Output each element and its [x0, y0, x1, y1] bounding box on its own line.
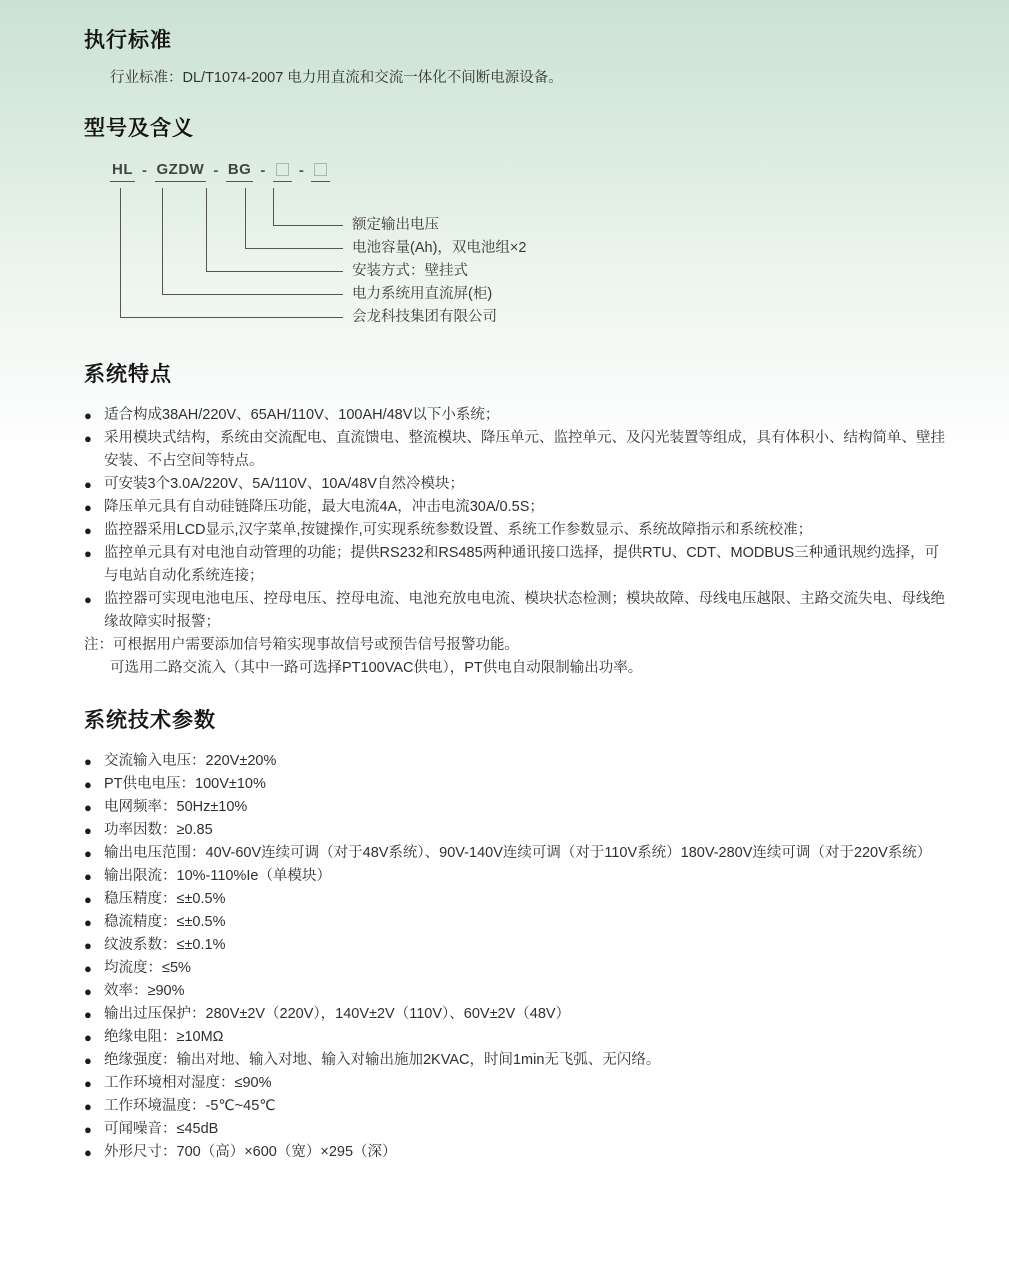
model-label-mount: 安装方式：壁挂式 — [352, 263, 468, 280]
bullet-icon: ● — [84, 819, 92, 842]
param-item: ●输出过压保护：280V±2V（220V），140V±2V（110V）、60V±… — [84, 1003, 951, 1026]
feature-text: 可安装3个3.0A/220V、5A/110V、10A/48V自然冷模块； — [104, 476, 464, 492]
feature-text: 降压单元具有自动硅链降压功能，最大电流4A，冲击电流30A/0.5S； — [104, 499, 544, 515]
bullet-icon: ● — [84, 842, 92, 865]
param-text: 输出电压范围：40V-60V连续可调（对于48V系统）、90V-140V连续可调… — [104, 845, 931, 861]
spec-page: 执行标准 行业标准：DL/T1074-2007 电力用直流和交流一体化不间断电源… — [0, 0, 1009, 1204]
model-label-capacity: 电池容量(Ah)，双电池组×2 — [352, 240, 526, 257]
bullet-icon: ● — [84, 1095, 92, 1118]
feature-text: 监控器采用LCD显示,汉字菜单,按键操作,可实现系统参数设置、系统工作参数显示、… — [104, 522, 812, 538]
feature-item: ●监控单元具有对电池自动管理的功能；提供RS232和RS485两种通讯接口选择，… — [84, 542, 951, 588]
param-text: 稳压精度：≤±0.5% — [104, 891, 225, 907]
code-placeholder-voltage — [311, 163, 330, 182]
param-text: 绝缘强度：输出对地、输入对地、输入对输出施加2KVAC，时间1min无飞弧、无闪… — [104, 1052, 660, 1068]
param-text: PT供电电压：100V±10% — [104, 776, 266, 792]
param-item: ●纹波系数：≤±0.1% — [84, 934, 951, 957]
feature-note: 可选用二路交流入（其中一路可选择PT100VAC供电），PT供电自动限制输出功率… — [84, 657, 951, 680]
bullet-icon: ● — [84, 519, 92, 542]
param-item: ●PT供电电压：100V±10% — [84, 773, 951, 796]
connector-line — [245, 248, 343, 249]
connector-line — [273, 188, 274, 225]
param-item: ●均流度：≤5% — [84, 957, 951, 980]
feature-item: ●降压单元具有自动硅链降压功能，最大电流4A，冲击电流30A/0.5S； — [84, 496, 951, 519]
param-text: 交流输入电压：220V±20% — [104, 753, 276, 769]
feature-text: 适合构成38AH/220V、65AH/110V、100AH/48V以下小系统； — [104, 407, 499, 423]
feature-item: ●适合构成38AH/220V、65AH/110V、100AH/48V以下小系统； — [84, 404, 951, 427]
placeholder-box-icon — [314, 163, 327, 176]
section-params: 系统技术参数 ●交流输入电压：220V±20% ●PT供电电压：100V±10%… — [84, 708, 951, 1164]
param-item: ●外形尺寸：700（高）×600（宽）×295（深） — [84, 1141, 951, 1164]
feature-item: ●监控器采用LCD显示,汉字菜单,按键操作,可实现系统参数设置、系统工作参数显示… — [84, 519, 951, 542]
bullet-icon: ● — [84, 1003, 92, 1026]
section-title-model: 型号及含义 — [84, 116, 951, 142]
param-item: ●可闻噪音：≤45dB — [84, 1118, 951, 1141]
feature-text: 采用模块式结构，系统由交流配电、直流馈电、整流模块、降压单元、监控单元、及闪光装… — [104, 430, 945, 469]
param-item: ●电网频率：50Hz±10% — [84, 796, 951, 819]
bullet-icon: ● — [84, 588, 92, 611]
model-label-product: 电力系统用直流屏(柜) — [352, 286, 492, 303]
section-features: 系统特点 ●适合构成38AH/220V、65AH/110V、100AH/48V以… — [84, 362, 951, 680]
bullet-icon: ● — [84, 888, 92, 911]
feature-item: ●监控器可实现电池电压、控母电压、控母电流、电池充放电电流、模块状态检测；模块故… — [84, 588, 951, 634]
param-text: 功率因数：≥0.85 — [104, 822, 213, 838]
bullet-icon: ● — [84, 542, 92, 565]
param-text: 电网频率：50Hz±10% — [104, 799, 247, 815]
param-text: 输出过压保护：280V±2V（220V），140V±2V（110V）、60V±2… — [104, 1006, 570, 1022]
param-item: ●工作环境温度：-5℃~45℃ — [84, 1095, 951, 1118]
param-text: 输出限流：10%-110%Ie（单模块） — [104, 868, 331, 884]
feature-text: 监控器可实现电池电压、控母电压、控母电流、电池充放电电流、模块状态检测；模块故障… — [104, 591, 945, 630]
code-dash: - — [260, 163, 266, 182]
section-title-features: 系统特点 — [84, 362, 951, 388]
features-list: ●适合构成38AH/220V、65AH/110V、100AH/48V以下小系统；… — [84, 404, 951, 680]
param-item: ●输出限流：10%-110%Ie（单模块） — [84, 865, 951, 888]
param-text: 工作环境相对湿度：≤90% — [104, 1075, 271, 1091]
bullet-icon: ● — [84, 980, 92, 1003]
param-text: 外形尺寸：700（高）×600（宽）×295（深） — [104, 1144, 397, 1160]
param-text: 可闻噪音：≤45dB — [104, 1121, 218, 1137]
model-label-voltage: 额定输出电压 — [352, 217, 439, 234]
code-dash: - — [299, 163, 305, 182]
param-item: ●绝缘电阻：≥10MΩ — [84, 1026, 951, 1049]
standard-body-text: 行业标准：DL/T1074-2007 电力用直流和交流一体化不间断电源设备。 — [84, 68, 951, 88]
param-item: ●输出电压范围：40V-60V连续可调（对于48V系统）、90V-140V连续可… — [84, 842, 951, 865]
param-item: ●稳流精度：≤±0.5% — [84, 911, 951, 934]
bullet-icon: ● — [84, 865, 92, 888]
param-item: ●交流输入电压：220V±20% — [84, 750, 951, 773]
feature-text: 监控单元具有对电池自动管理的功能；提供RS232和RS485两种通讯接口选择，提… — [104, 545, 939, 584]
bullet-icon: ● — [84, 1026, 92, 1049]
code-mount: BG — [226, 162, 254, 182]
param-item: ●效率：≥90% — [84, 980, 951, 1003]
code-dash: - — [213, 163, 219, 182]
code-placeholder-capacity — [273, 163, 292, 182]
bullet-icon: ● — [84, 911, 92, 934]
connector-line — [206, 271, 343, 272]
param-item: ●功率因数：≥0.85 — [84, 819, 951, 842]
bullet-icon: ● — [84, 427, 92, 450]
connector-line — [273, 225, 343, 226]
code-product: GZDW — [155, 162, 207, 182]
param-text: 工作环境温度：-5℃~45℃ — [104, 1098, 276, 1114]
bullet-icon: ● — [84, 1072, 92, 1095]
model-code-row: HL - GZDW - BG - - — [110, 162, 330, 182]
bullet-icon: ● — [84, 796, 92, 819]
param-text: 均流度：≤5% — [104, 960, 191, 976]
connector-line — [206, 188, 207, 271]
connector-line — [162, 188, 163, 294]
connector-line — [120, 188, 121, 317]
code-dash: - — [142, 163, 148, 182]
placeholder-box-icon — [276, 163, 289, 176]
bullet-icon: ● — [84, 473, 92, 496]
bullet-icon: ● — [84, 1049, 92, 1072]
param-text: 稳流精度：≤±0.5% — [104, 914, 225, 930]
bullet-icon: ● — [84, 957, 92, 980]
param-text: 纹波系数：≤±0.1% — [104, 937, 225, 953]
param-item: ●稳压精度：≤±0.5% — [84, 888, 951, 911]
section-title-params: 系统技术参数 — [84, 708, 951, 734]
bullet-icon: ● — [84, 404, 92, 427]
bullet-icon: ● — [84, 773, 92, 796]
params-list: ●交流输入电压：220V±20% ●PT供电电压：100V±10% ●电网频率：… — [84, 750, 951, 1164]
param-text: 效率：≥90% — [104, 983, 184, 999]
feature-item: ●可安装3个3.0A/220V、5A/110V、10A/48V自然冷模块； — [84, 473, 951, 496]
bullet-icon: ● — [84, 1141, 92, 1164]
section-model: 型号及含义 HL - GZDW - BG - - — [84, 116, 951, 334]
code-company: HL — [110, 162, 135, 182]
param-item: ●绝缘强度：输出对地、输入对地、输入对输出施加2KVAC，时间1min无飞弧、无… — [84, 1049, 951, 1072]
connector-line — [120, 317, 343, 318]
feature-note: 注：可根据用户需要添加信号箱实现事故信号或预告信号报警功能。 — [84, 634, 951, 657]
connector-line — [162, 294, 343, 295]
bullet-icon: ● — [84, 496, 92, 519]
connector-line — [245, 188, 246, 248]
param-item: ●工作环境相对湿度：≤90% — [84, 1072, 951, 1095]
section-title-standard: 执行标准 — [84, 28, 951, 54]
bullet-icon: ● — [84, 750, 92, 773]
model-label-company: 会龙科技集团有限公司 — [352, 309, 497, 326]
feature-item: ●采用模块式结构，系统由交流配电、直流馈电、整流模块、降压单元、监控单元、及闪光… — [84, 427, 951, 473]
bullet-icon: ● — [84, 934, 92, 957]
bullet-icon: ● — [84, 1118, 92, 1141]
model-code-diagram: HL - GZDW - BG - - 额定输出电压 — [110, 162, 730, 334]
param-text: 绝缘电阻：≥10MΩ — [104, 1029, 224, 1045]
